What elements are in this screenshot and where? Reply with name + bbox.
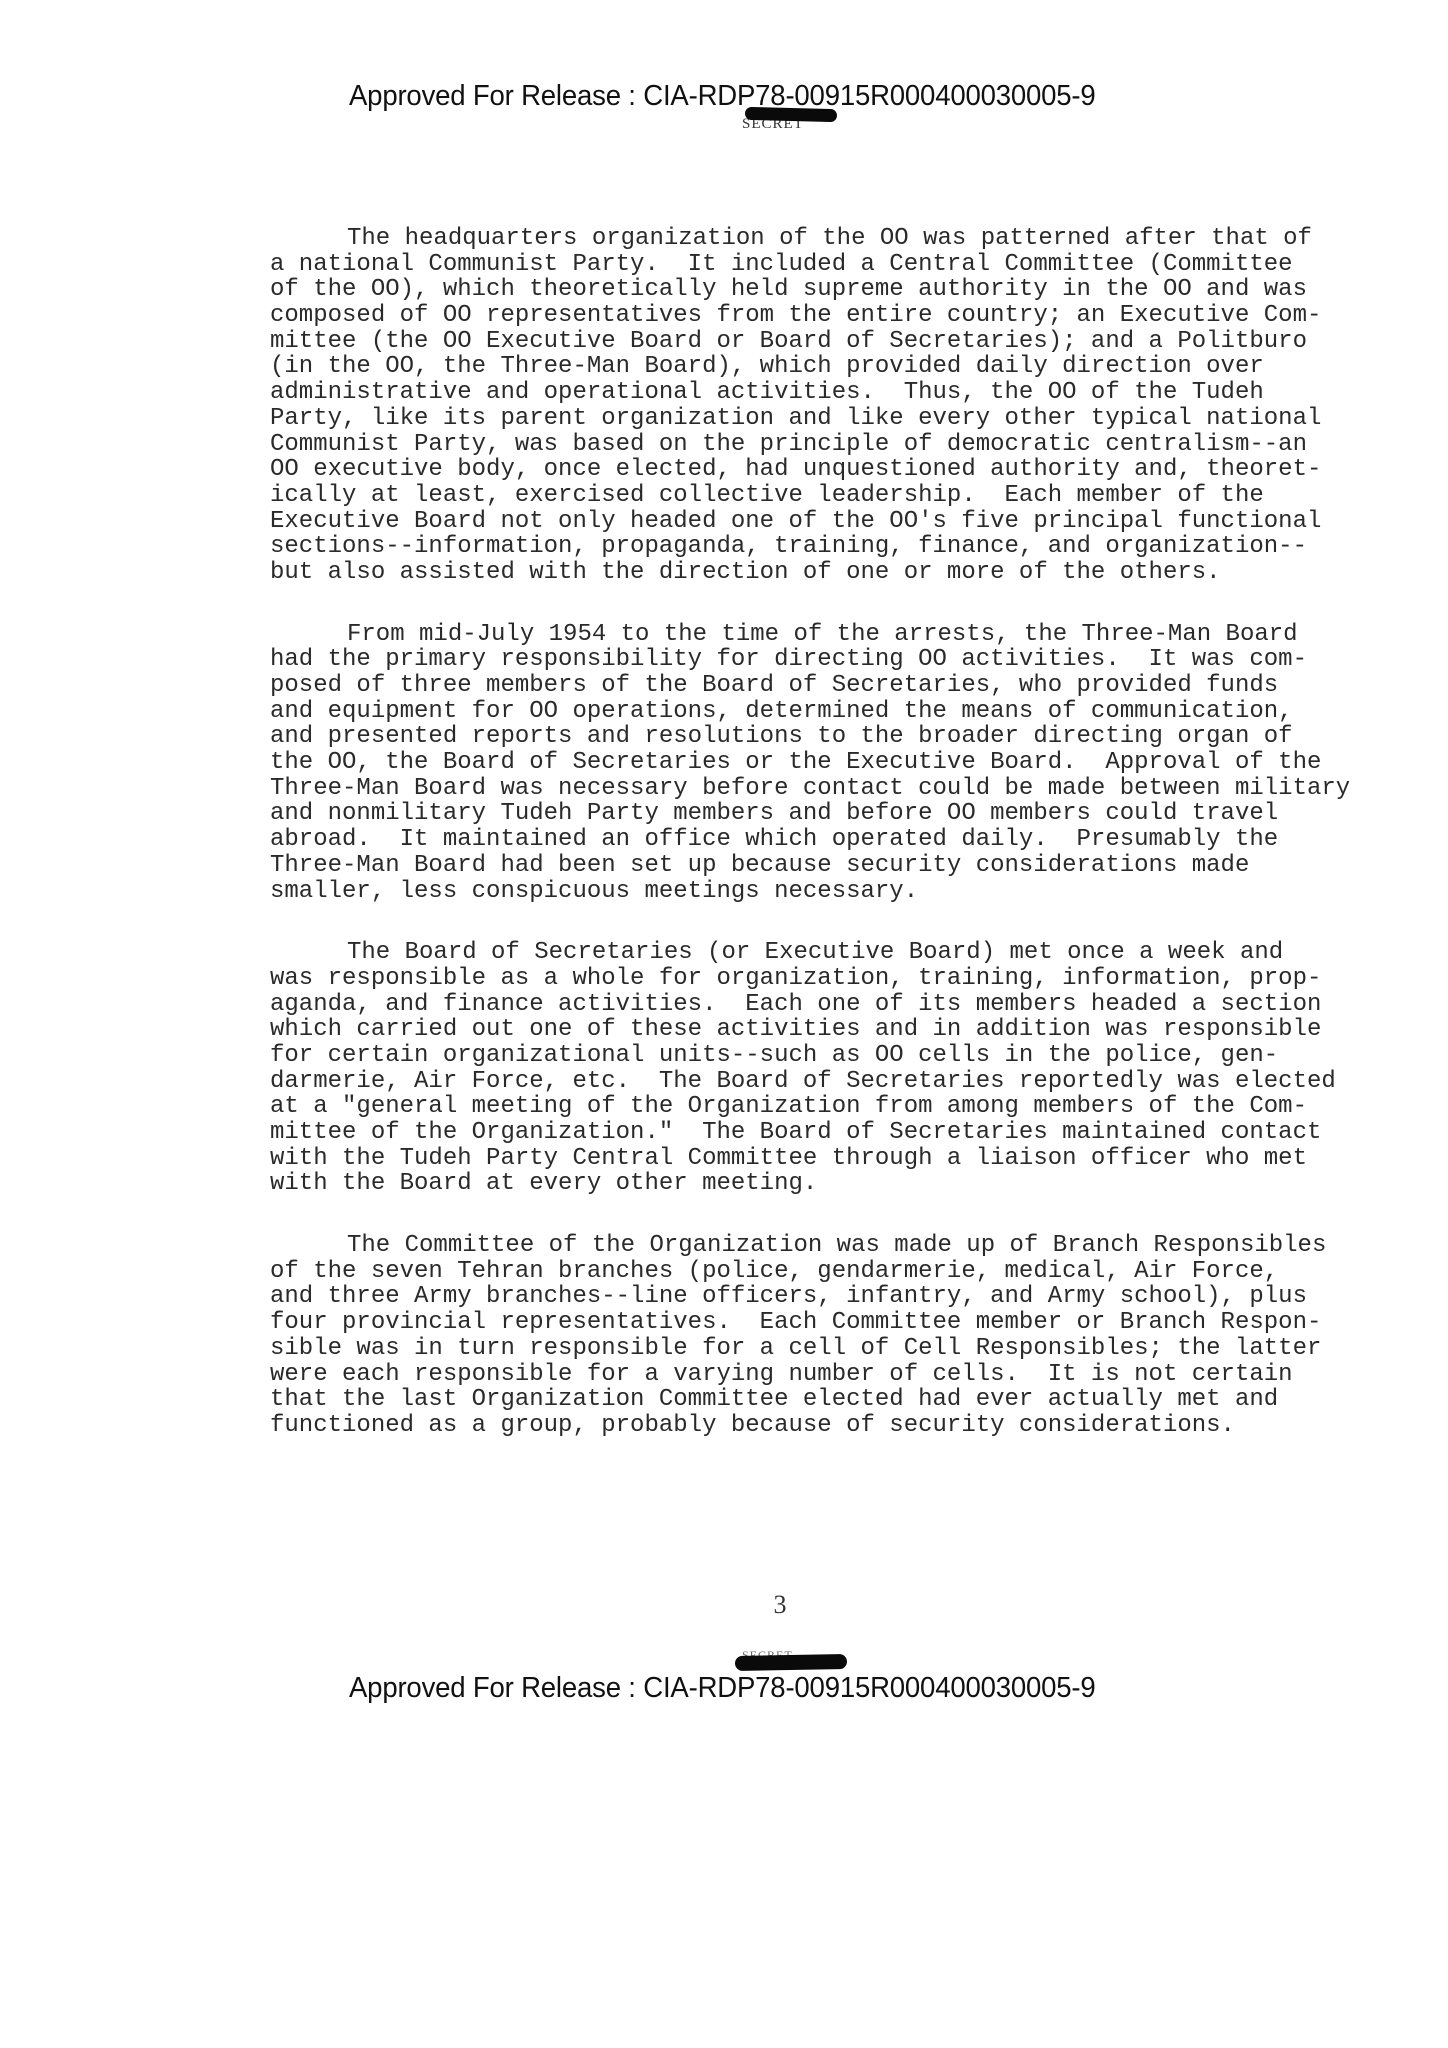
page-number: 3 — [770, 1591, 790, 1619]
paragraph: The Board of Secretaries (or Executive B… — [270, 940, 1370, 1197]
document-body: The headquarters organization of the OO … — [270, 226, 1370, 1475]
text-line: for certain organizational units--such a… — [270, 1043, 1370, 1069]
text-line: The Committee of the Organization was ma… — [270, 1233, 1370, 1259]
text-line: composed of OO representatives from the … — [270, 303, 1370, 329]
text-line: that the last Organization Committee ele… — [270, 1387, 1370, 1413]
text-line: administrative and operational activitie… — [270, 380, 1370, 406]
text-line: Party, like its parent organization and … — [270, 406, 1370, 432]
text-line: were each responsible for a varying numb… — [270, 1362, 1370, 1388]
text-line: the OO, the Board of Secretaries or the … — [270, 750, 1370, 776]
paragraph: From mid-July 1954 to the time of the ar… — [270, 622, 1370, 905]
text-line: and presented reports and resolutions to… — [270, 724, 1370, 750]
text-line: OO executive body, once elected, had unq… — [270, 457, 1370, 483]
footer-redaction-mark — [735, 1654, 847, 1671]
text-line: sections--information, propaganda, train… — [270, 534, 1370, 560]
text-line: mittee (the OO Executive Board or Board … — [270, 329, 1370, 355]
text-line: and equipment for OO operations, determi… — [270, 699, 1370, 725]
text-line: posed of three members of the Board of S… — [270, 673, 1370, 699]
text-line: darmerie, Air Force, etc. The Board of S… — [270, 1069, 1370, 1095]
text-line: and nonmilitary Tudeh Party members and … — [270, 801, 1370, 827]
text-line: had the primary responsibility for direc… — [270, 647, 1370, 673]
text-line: (in the OO, the Three-Man Board), which … — [270, 354, 1370, 380]
text-line: Communist Party, was based on the princi… — [270, 432, 1370, 458]
text-line: with the Board at every other meeting. — [270, 1171, 1370, 1197]
text-line: abroad. It maintained an office which op… — [270, 827, 1370, 853]
text-line: aganda, and finance activities. Each one… — [270, 992, 1370, 1018]
document-page: Approved For Release : CIA-RDP78-00915R0… — [0, 0, 1448, 2048]
text-line: The headquarters organization of the OO … — [270, 226, 1370, 252]
text-line: a national Communist Party. It included … — [270, 252, 1370, 278]
footer-release-line: Approved For Release : CIA-RDP78-00915R0… — [349, 1672, 1166, 1704]
text-line: smaller, less conspicuous meetings neces… — [270, 879, 1370, 905]
text-line: From mid-July 1954 to the time of the ar… — [270, 622, 1370, 648]
text-line: at a "general meeting of the Organizatio… — [270, 1094, 1370, 1120]
text-line: four provincial representatives. Each Co… — [270, 1310, 1370, 1336]
text-line: and three Army branches--line officers, … — [270, 1284, 1370, 1310]
text-line: The Board of Secretaries (or Executive B… — [270, 940, 1370, 966]
text-line: with the Tudeh Party Central Committee t… — [270, 1146, 1370, 1172]
text-line: Three-Man Board had been set up because … — [270, 853, 1370, 879]
text-line: sible was in turn responsible for a cell… — [270, 1336, 1370, 1362]
text-line: but also assisted with the direction of … — [270, 560, 1370, 586]
text-line: mittee of the Organization." The Board o… — [270, 1120, 1370, 1146]
text-line: Executive Board not only headed one of t… — [270, 509, 1370, 535]
text-line: was responsible as a whole for organizat… — [270, 966, 1370, 992]
paragraph: The Committee of the Organization was ma… — [270, 1233, 1370, 1439]
text-line: of the OO), which theoretically held sup… — [270, 277, 1370, 303]
text-line: Three-Man Board was necessary before con… — [270, 776, 1370, 802]
text-line: of the seven Tehran branches (police, ge… — [270, 1259, 1370, 1285]
text-line: functioned as a group, probably because … — [270, 1413, 1370, 1439]
text-line: ically at least, exercised collective le… — [270, 483, 1370, 509]
text-line: which carried out one of these activitie… — [270, 1017, 1370, 1043]
paragraph: The headquarters organization of the OO … — [270, 226, 1370, 586]
header-redaction-mark — [745, 107, 837, 122]
